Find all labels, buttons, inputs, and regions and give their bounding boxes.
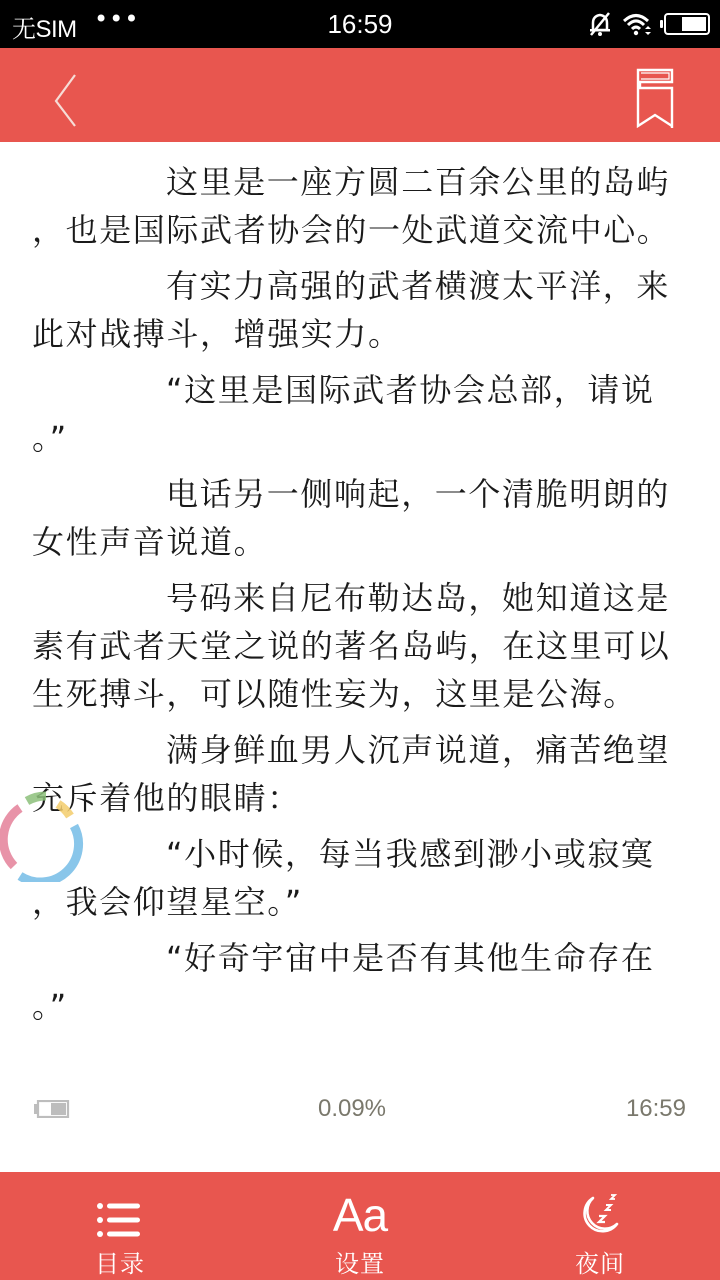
tab-night-mode[interactable]: 夜间 xyxy=(480,1172,720,1280)
text-line: 女性声音说道。 xyxy=(32,522,267,562)
tab-label: 设置 xyxy=(335,1244,385,1279)
status-bar: 无SIM ••• 16:59 xyxy=(0,0,720,48)
tab-label: 夜间 xyxy=(575,1244,625,1279)
reading-progress: 0.09% xyxy=(0,1095,704,1123)
tab-table-of-contents[interactable]: 目录 xyxy=(0,1172,240,1280)
text-line: 。” xyxy=(32,986,68,1026)
text-line: 满身鲜血男人沉声说道，痛苦绝望 xyxy=(166,730,670,770)
text-line: “这里是国际武者协会总部，请说 xyxy=(166,370,655,410)
battery-icon xyxy=(664,13,710,35)
text-line: “好奇宇宙中是否有其他生命存在 xyxy=(166,938,655,978)
tab-label: 目录 xyxy=(95,1244,145,1279)
reader-clock: 16:59 xyxy=(626,1095,686,1123)
moon-sleep-icon xyxy=(575,1190,625,1240)
bookmark-icon xyxy=(626,62,686,128)
text-line: “小时候，每当我感到渺小或寂寞 xyxy=(166,834,655,874)
text-line: ，也是国际武者协会的一处武道交流中心。 xyxy=(32,210,670,250)
reader-content[interactable]: 这里是一座方圆二百余公里的岛屿 ，也是国际武者协会的一处武道交流中心。 有实力高… xyxy=(0,142,720,1172)
reader-top-bar xyxy=(0,48,720,142)
bell-muted-icon xyxy=(588,11,612,37)
bookmark-button[interactable] xyxy=(626,62,686,128)
reader-bottom-bar: 目录 Aa 设置 夜间 xyxy=(0,1172,720,1280)
wifi-icon xyxy=(622,12,654,36)
status-icons xyxy=(588,10,710,38)
reading-status-row: 0.09% 16:59 xyxy=(0,1092,720,1126)
text-line: 号码来自尼布勒达岛，她知道这是 xyxy=(166,578,670,618)
text-line: 。” xyxy=(32,418,68,458)
text-line: 素有武者天堂之说的著名岛屿，在这里可以 xyxy=(32,626,670,666)
text-line: 这里是一座方圆二百余公里的岛屿 xyxy=(166,162,670,202)
loading-spinner-icon xyxy=(0,786,84,882)
tab-settings[interactable]: Aa 设置 xyxy=(240,1172,480,1280)
chevron-left-icon xyxy=(40,62,96,128)
list-icon xyxy=(96,1200,144,1240)
back-button[interactable] xyxy=(40,62,96,128)
text-line: 有实力高强的武者横渡太平洋，来 xyxy=(166,266,670,306)
font-size-icon: Aa xyxy=(333,1190,387,1240)
text-line: 电话另一侧响起，一个清脆明朗的 xyxy=(166,474,670,514)
text-line: 生死搏斗，可以随性妄为，这里是公海。 xyxy=(32,674,637,714)
text-line: 此对战搏斗，增强实力。 xyxy=(32,314,402,354)
text-line: ，我会仰望星空。” xyxy=(32,882,303,922)
